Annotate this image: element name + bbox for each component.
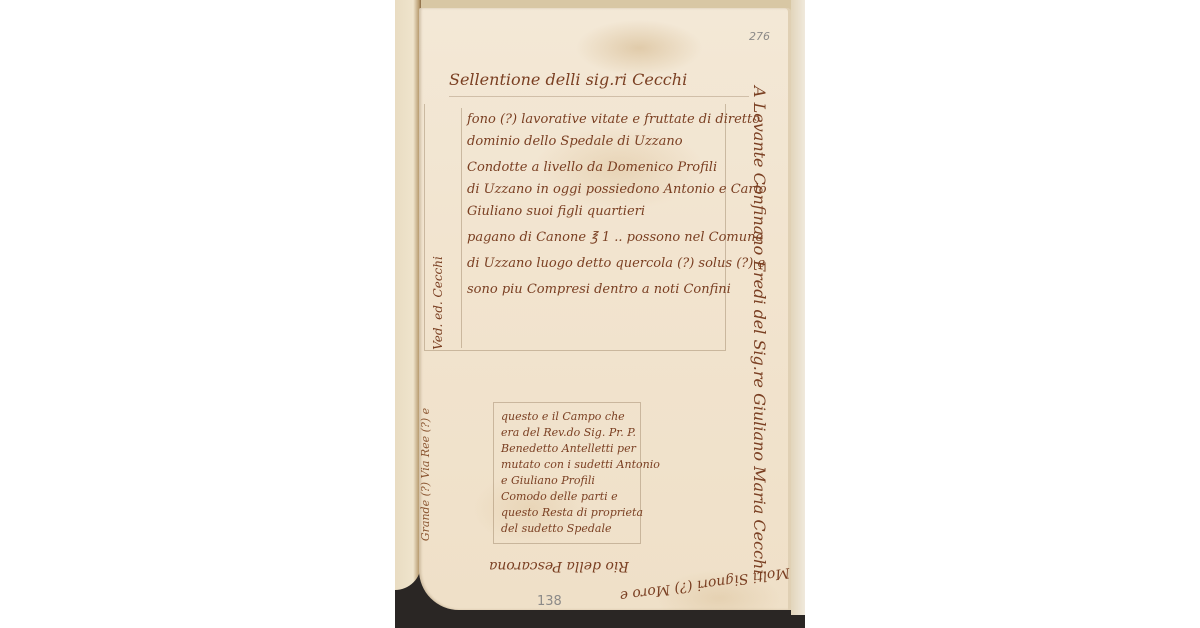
- text-line: dominio dello Spedale di Uzzano: [467, 134, 683, 149]
- box-line: era del Rev.do Sig. Pr. P.: [501, 426, 636, 439]
- heading-rule: [449, 96, 749, 97]
- left-margin-note: Ved. ed. Cecchi: [431, 256, 445, 350]
- left-edge-note: Grande (?) Via Ree (?) e: [419, 408, 432, 541]
- right-margin-note: A Levante Confinano Eredi del Sig.re Giu…: [750, 86, 769, 574]
- underlying-page-right-edge: [791, 0, 805, 615]
- folio-number: 276: [749, 30, 770, 43]
- text-line: Condotte a livello da Domenico Profili: [467, 160, 717, 175]
- text-line: pagano di Canone ℥ 1 .. possono nel Comu…: [467, 230, 763, 245]
- bottom-upside-note: Rio della Pescarona: [489, 558, 629, 574]
- box-line: e Giuliano Profili: [501, 474, 595, 487]
- manuscript-scan: 276 Sellentione delli sig.ri Cecchi fono…: [395, 0, 805, 628]
- text-line: Giuliano suoi figli quartieri: [467, 204, 645, 219]
- bottom-upside-note: Molti Signori (?) Moro e: [619, 564, 791, 604]
- box-line: del sudetto Spedale: [501, 522, 612, 535]
- page-number: 138: [537, 594, 562, 609]
- text-line: di Uzzano in oggi possiedono Antonio e C…: [467, 182, 767, 197]
- text-line: fono (?) lavorative vitate e fruttate di…: [467, 112, 760, 127]
- text-line: di Uzzano luogo detto quercola (?) solus…: [467, 256, 765, 271]
- manuscript-page: 276 Sellentione delli sig.ri Cecchi fono…: [419, 8, 791, 610]
- facing-page-edge: [395, 0, 421, 590]
- box-line: questo Resta di proprieta: [501, 506, 643, 519]
- box-line: Comodo delle parti e: [501, 490, 618, 503]
- box-line: mutato con i sudetti Antonio: [501, 458, 660, 471]
- box-line: Benedetto Antelletti per: [501, 442, 636, 455]
- heading: Sellentione delli sig.ri Cecchi: [449, 70, 687, 89]
- text-line: sono piu Compresi dentro a noti Confini: [467, 282, 731, 297]
- box-line: questo e il Campo che: [501, 410, 625, 423]
